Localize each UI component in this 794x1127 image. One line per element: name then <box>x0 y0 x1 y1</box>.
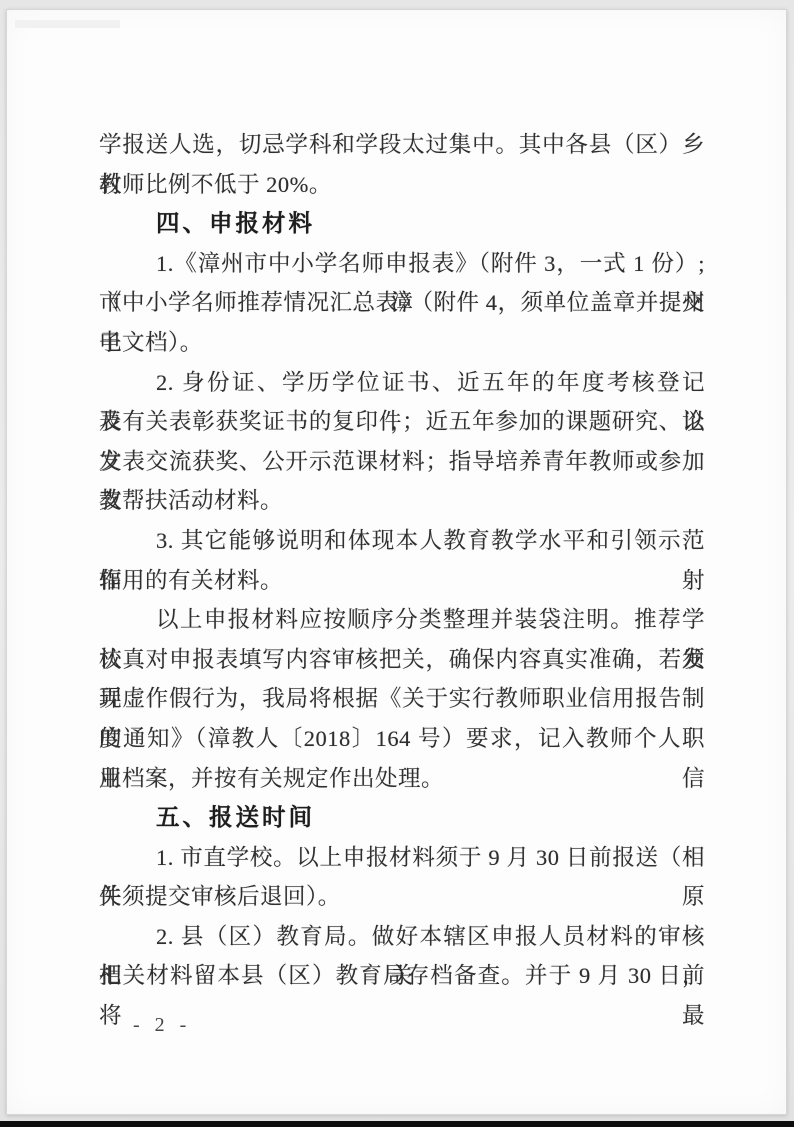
body-line: 发表交流获奖、公开示范课材料；指导培养青年教师或参加支 <box>99 442 705 482</box>
body-line: 及有关表彰获奖证书的复印件；近五年参加的课题研究、论文 <box>99 402 705 442</box>
body-line: 3. 其它能够说明和体现本人教育教学水平和引领示范辐射 <box>99 521 705 561</box>
body-line: 相关材料留本县（区）教育局存档备查。并于 9 月 30 日前将最 <box>99 956 705 996</box>
body-line: 1. 市直学校。以上申报材料须于 9 月 30 日前报送（相关原 <box>99 838 705 878</box>
screenshot-bottom-edge <box>0 1121 794 1127</box>
scan-artifact <box>15 20 120 28</box>
body-line: 教帮扶活动材料。 <box>99 481 705 521</box>
section-5-heading: 五、报送时间 <box>99 798 705 838</box>
body-line: 2. 身份证、学历学位证书、近五年的年度考核登记表，以 <box>99 363 705 403</box>
body-line: 子文档）。 <box>99 323 705 363</box>
body-line: 2. 县（区）教育局。做好本辖区申报人员材料的审核把关， <box>99 917 705 957</box>
page-number: - 2 - <box>133 1014 191 1037</box>
body-line: 的通知》（漳教人〔2018〕164 号）要求，记入教师个人职业信 <box>99 719 705 759</box>
section-4-heading: 四、申报材料 <box>99 204 705 244</box>
body-line: 弄虚作假行为，我局将根据《关于实行教师职业信用报告制度 <box>99 679 705 719</box>
body-line: 以上申报材料应按顺序分类整理并装袋注明。推荐学校须 <box>99 600 705 640</box>
document-body: 学报送人选，切忌学科和学段太过集中。其中各县（区）乡村 教师比例不低于 20%。… <box>99 125 705 996</box>
body-line: 市中小学名师推荐情况汇总表》（附件 4，须单位盖章并提交电 <box>99 283 705 323</box>
body-line: 教师比例不低于 20%。 <box>99 165 705 205</box>
document-page: 学报送人选，切忌学科和学段太过集中。其中各县（区）乡村 教师比例不低于 20%。… <box>6 9 787 1115</box>
body-line: 学报送人选，切忌学科和学段太过集中。其中各县（区）乡村 <box>99 125 705 165</box>
body-line: 认真对申报表填写内容审核把关，确保内容真实准确，若发现 <box>99 640 705 680</box>
screenshot-root: 学报送人选，切忌学科和学段太过集中。其中各县（区）乡村 教师比例不低于 20%。… <box>0 0 794 1127</box>
body-line: 1.《漳州市中小学名师申报表》（附件 3，一式 1 份）;《漳州 <box>99 244 705 284</box>
